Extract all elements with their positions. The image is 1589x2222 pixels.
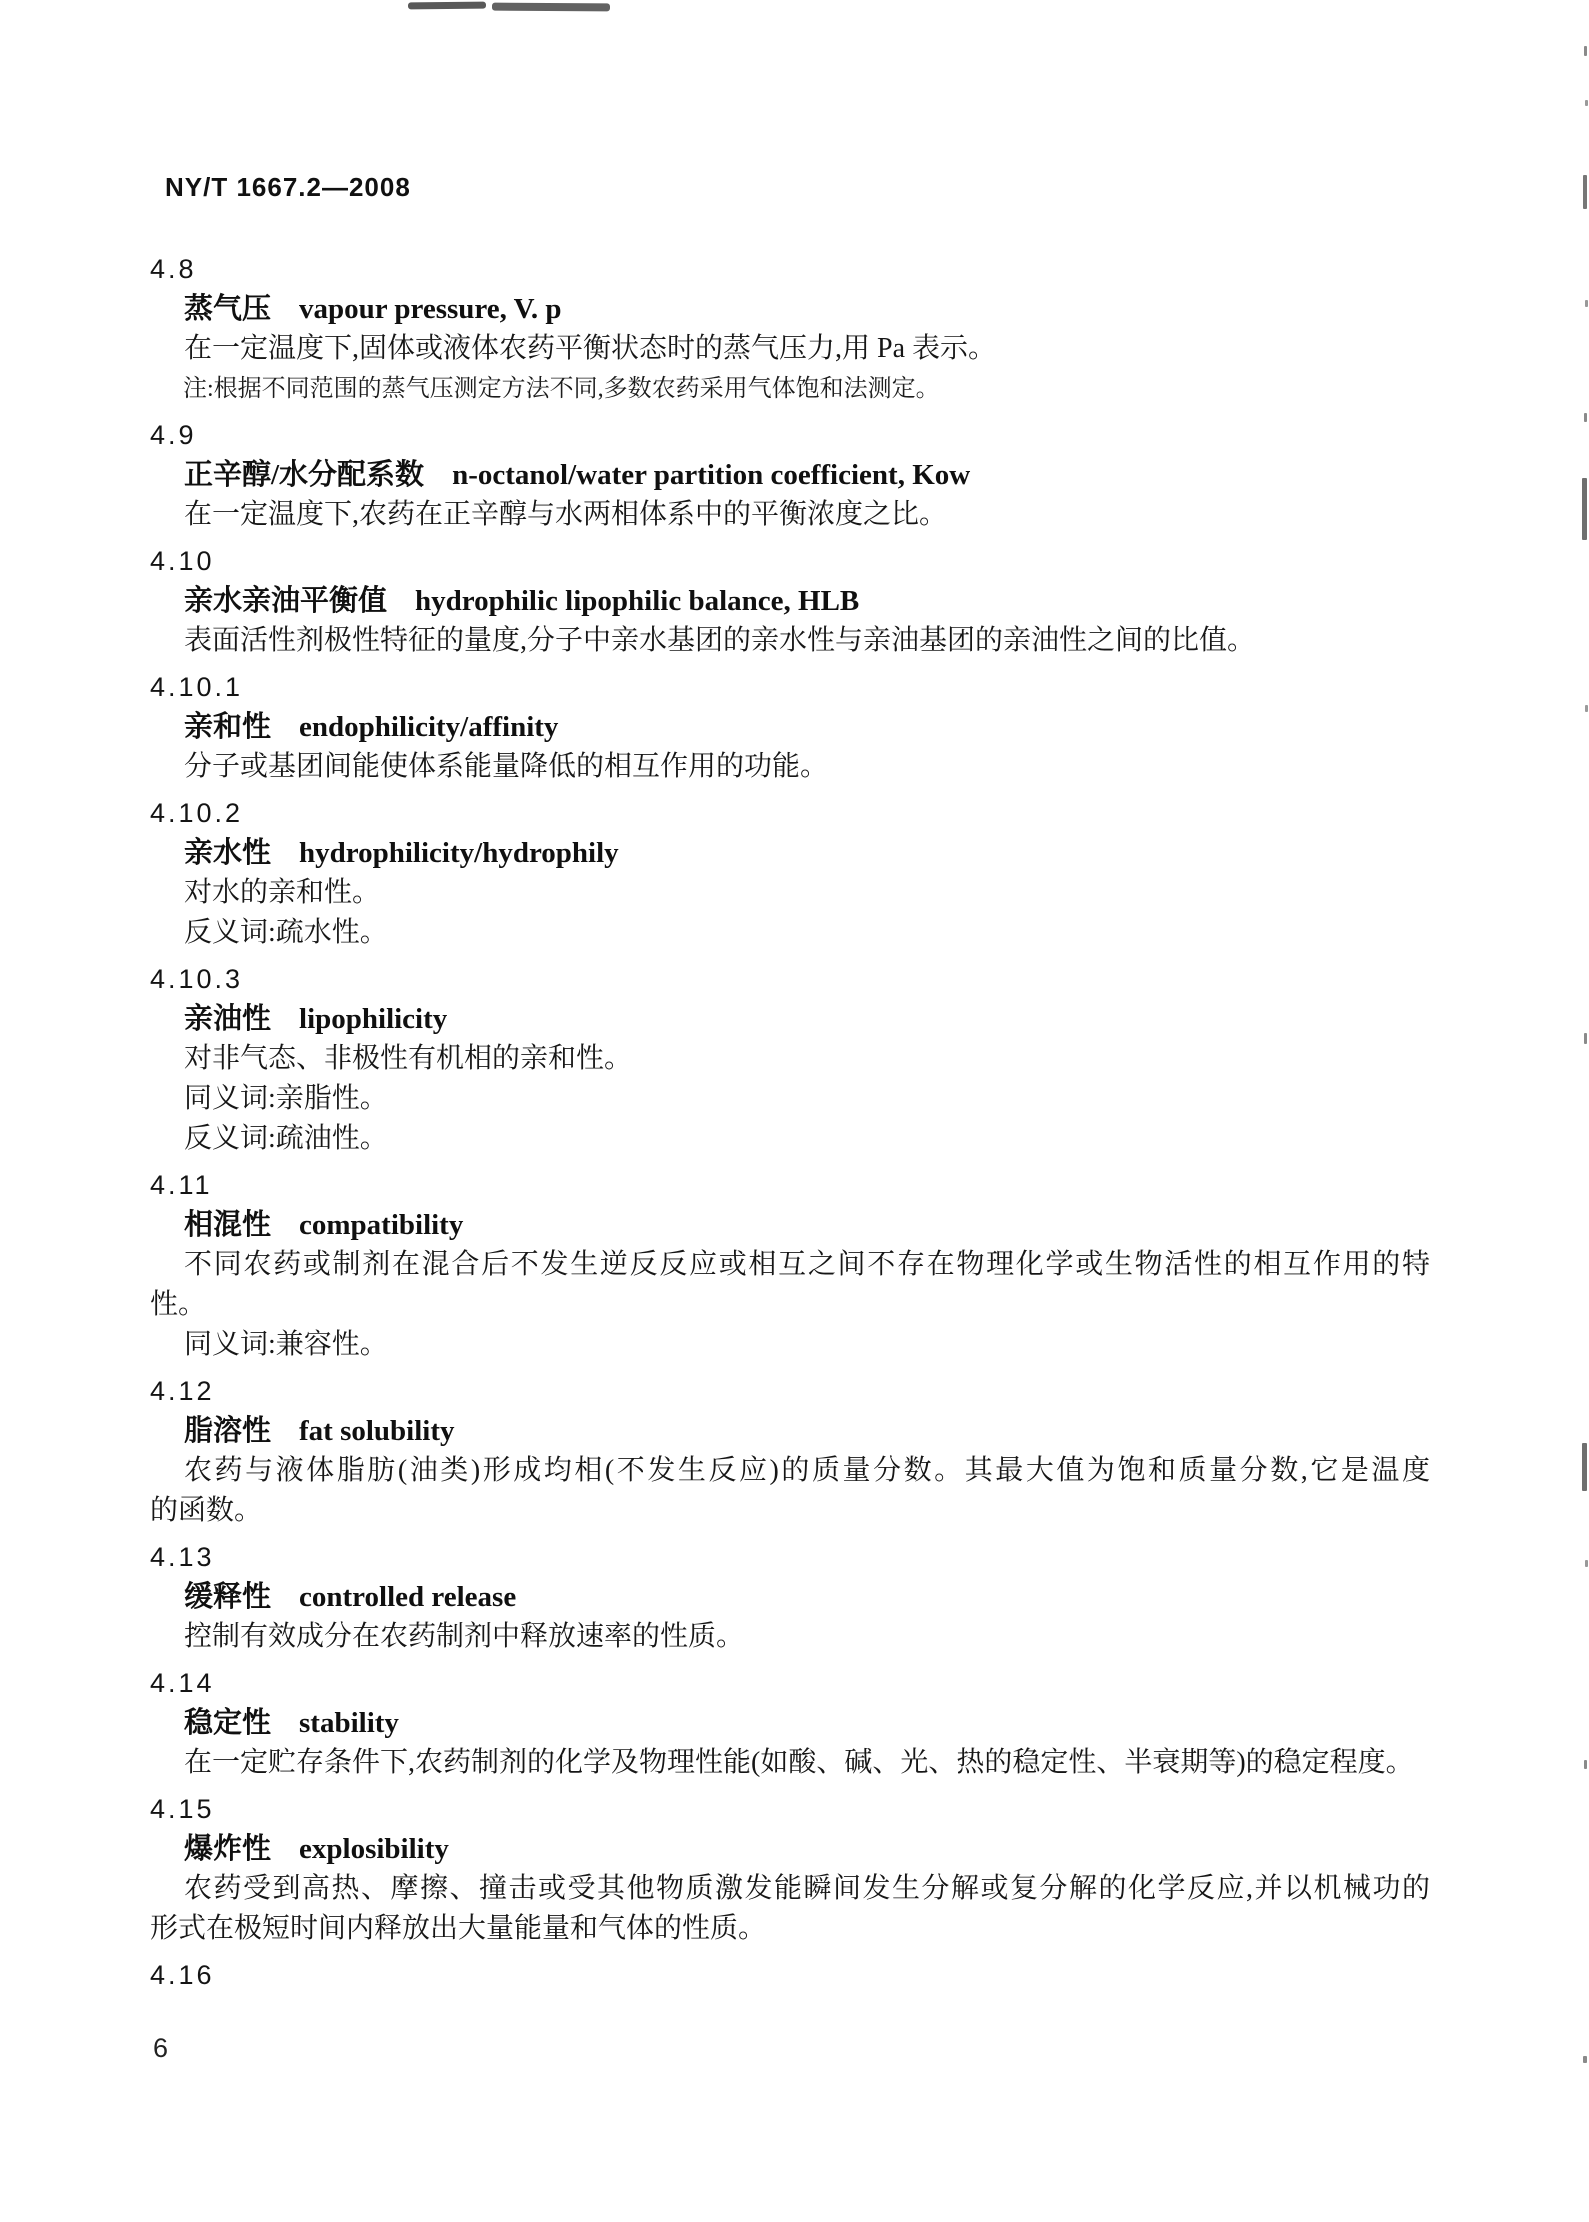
term-en: hydrophilic lipophilic balance, HLB xyxy=(415,585,859,617)
definition-line: 农药与液体脂肪(油类)形成均相(不发生反应)的质量分数。其最大值为饱和质量分数,… xyxy=(150,1451,1430,1491)
scan-edge-mark xyxy=(1585,1560,1588,1567)
section: 4.10.1亲和性endophilicity/affinity分子或基团间能使体… xyxy=(150,667,1430,787)
doc-number: NY/T 1667.2—2008 xyxy=(165,172,411,203)
section-number: 4.9 xyxy=(150,415,1430,455)
scan-edge-mark xyxy=(1585,100,1588,106)
scan-edge-mark xyxy=(1584,1033,1587,1044)
section-number: 4.10 xyxy=(150,541,1430,581)
term-cn: 亲水性 xyxy=(184,837,271,869)
term-cn: 正辛醇/水分配系数 xyxy=(184,459,424,491)
term-en: endophilicity/affinity xyxy=(299,711,558,743)
section: 4.10亲水亲油平衡值hydrophilic lipophilic balanc… xyxy=(150,541,1430,661)
scan-smudge-top-left xyxy=(408,2,486,10)
term-cn: 稳定性 xyxy=(184,1707,271,1739)
scan-edge-mark xyxy=(1582,478,1587,540)
section: 4.13缓释性controlled release控制有效成分在农药制剂中释放速… xyxy=(150,1537,1430,1657)
section: 4.10.2亲水性hydrophilicity/hydrophily对水的亲和性… xyxy=(150,793,1430,953)
term-cn: 相混性 xyxy=(184,1209,271,1241)
term-line: 亲油性lipophilicity xyxy=(150,999,1430,1039)
section: 4.14稳定性stability在一定贮存条件下,农药制剂的化学及物理性能(如酸… xyxy=(150,1663,1430,1783)
term-line: 缓释性controlled release xyxy=(150,1577,1430,1617)
definition-line: 性。 xyxy=(150,1285,1430,1325)
term-cn: 缓释性 xyxy=(184,1581,271,1613)
definition-line: 分子或基团间能使体系能量降低的相互作用的功能。 xyxy=(150,747,1430,787)
scan-edge-mark xyxy=(1584,46,1587,56)
term-line: 蒸气压vapour pressure, V. p xyxy=(150,289,1430,329)
term-cn: 爆炸性 xyxy=(184,1833,271,1865)
section-number: 4.10.2 xyxy=(150,793,1430,833)
term-cn: 亲水亲油平衡值 xyxy=(184,585,387,617)
term-en: compatibility xyxy=(299,1209,463,1241)
term-line: 亲和性endophilicity/affinity xyxy=(150,707,1430,747)
definition-line: 的函数。 xyxy=(150,1491,1430,1531)
scan-edge-mark xyxy=(1583,175,1587,209)
note-line: 注:根据不同范围的蒸气压测定方法不同,多数农药采用气体饱和法测定。 xyxy=(150,369,1430,409)
section: 4.8蒸气压vapour pressure, V. p在一定温度下,固体或液体农… xyxy=(150,249,1430,409)
section-number: 4.10.1 xyxy=(150,667,1430,707)
term-line: 相混性compatibility xyxy=(150,1205,1430,1245)
scan-edge-mark xyxy=(1583,2056,1587,2063)
definition-line: 反义词:疏油性。 xyxy=(150,1119,1430,1159)
term-line: 正辛醇/水分配系数n-octanol/water partition coeff… xyxy=(150,455,1430,495)
scan-smudge-top-right xyxy=(492,3,610,12)
definition-line: 表面活性剂极性特征的量度,分子中亲水基团的亲水性与亲油基团的亲油性之间的比值。 xyxy=(150,621,1430,661)
document-body: 4.8蒸气压vapour pressure, V. p在一定温度下,固体或液体农… xyxy=(150,243,1430,1995)
section: 4.10.3亲油性lipophilicity对非气态、非极性有机相的亲和性。同义… xyxy=(150,959,1430,1159)
scan-edge-mark xyxy=(1582,1443,1587,1491)
term-en: lipophilicity xyxy=(299,1003,447,1035)
term-line: 爆炸性explosibility xyxy=(150,1829,1430,1869)
definition-line: 在一定贮存条件下,农药制剂的化学及物理性能(如酸、碱、光、热的稳定性、半衰期等)… xyxy=(150,1743,1430,1783)
section: 4.16 xyxy=(150,1955,1430,1995)
section-number: 4.13 xyxy=(150,1537,1430,1577)
term-cn: 蒸气压 xyxy=(184,293,271,325)
term-en: controlled release xyxy=(299,1581,516,1613)
section-number: 4.12 xyxy=(150,1371,1430,1411)
definition-line: 同义词:亲脂性。 xyxy=(150,1079,1430,1119)
scan-edge-mark xyxy=(1584,1760,1587,1769)
definition-line: 控制有效成分在农药制剂中释放速率的性质。 xyxy=(150,1617,1430,1657)
section: 4.11相混性compatibility不同农药或制剂在混合后不发生逆反反应或相… xyxy=(150,1165,1430,1365)
section-number: 4.11 xyxy=(150,1165,1430,1205)
section-number: 4.14 xyxy=(150,1663,1430,1703)
definition-line: 反义词:疏水性。 xyxy=(150,913,1430,953)
term-en: stability xyxy=(299,1707,399,1739)
scan-edge-mark xyxy=(1585,705,1588,712)
section: 4.12脂溶性fat solubility农药与液体脂肪(油类)形成均相(不发生… xyxy=(150,1371,1430,1531)
term-cn: 亲和性 xyxy=(184,711,271,743)
section-number: 4.8 xyxy=(150,249,1430,289)
term-line: 脂溶性fat solubility xyxy=(150,1411,1430,1451)
definition-line: 不同农药或制剂在混合后不发生逆反反应或相互之间不存在物理化学或生物活性的相互作用… xyxy=(150,1245,1430,1285)
scan-edge-mark xyxy=(1585,300,1588,307)
term-line: 稳定性stability xyxy=(150,1703,1430,1743)
section-number: 4.15 xyxy=(150,1789,1430,1829)
term-line: 亲水亲油平衡值hydrophilic lipophilic balance, H… xyxy=(150,581,1430,621)
definition-line: 对非气态、非极性有机相的亲和性。 xyxy=(150,1039,1430,1079)
page-number: 6 xyxy=(153,2028,168,2068)
definition-line: 对水的亲和性。 xyxy=(150,873,1430,913)
definition-line: 同义词:兼容性。 xyxy=(150,1325,1430,1365)
term-en: n-octanol/water partition coefficient, K… xyxy=(452,459,970,491)
definition-line: 农药受到高热、摩擦、撞击或受其他物质激发能瞬间发生分解或复分解的化学反应,并以机… xyxy=(150,1869,1430,1909)
section-number: 4.16 xyxy=(150,1955,1430,1995)
term-en: explosibility xyxy=(299,1833,449,1865)
section: 4.15爆炸性explosibility农药受到高热、摩擦、撞击或受其他物质激发… xyxy=(150,1789,1430,1949)
term-en: fat solubility xyxy=(299,1415,455,1447)
definition-line: 在一定温度下,农药在正辛醇与水两相体系中的平衡浓度之比。 xyxy=(150,495,1430,535)
definition-line: 在一定温度下,固体或液体农药平衡状态时的蒸气压力,用 Pa 表示。 xyxy=(150,329,1430,369)
term-en: vapour pressure, V. p xyxy=(299,293,561,325)
term-en: hydrophilicity/hydrophily xyxy=(299,837,619,869)
scan-edge-mark xyxy=(1584,413,1587,422)
section-number: 4.10.3 xyxy=(150,959,1430,999)
term-cn: 亲油性 xyxy=(184,1003,271,1035)
term-line: 亲水性hydrophilicity/hydrophily xyxy=(150,833,1430,873)
definition-line: 形式在极短时间内释放出大量能量和气体的性质。 xyxy=(150,1909,1430,1949)
term-cn: 脂溶性 xyxy=(184,1415,271,1447)
section: 4.9正辛醇/水分配系数n-octanol/water partition co… xyxy=(150,415,1430,535)
